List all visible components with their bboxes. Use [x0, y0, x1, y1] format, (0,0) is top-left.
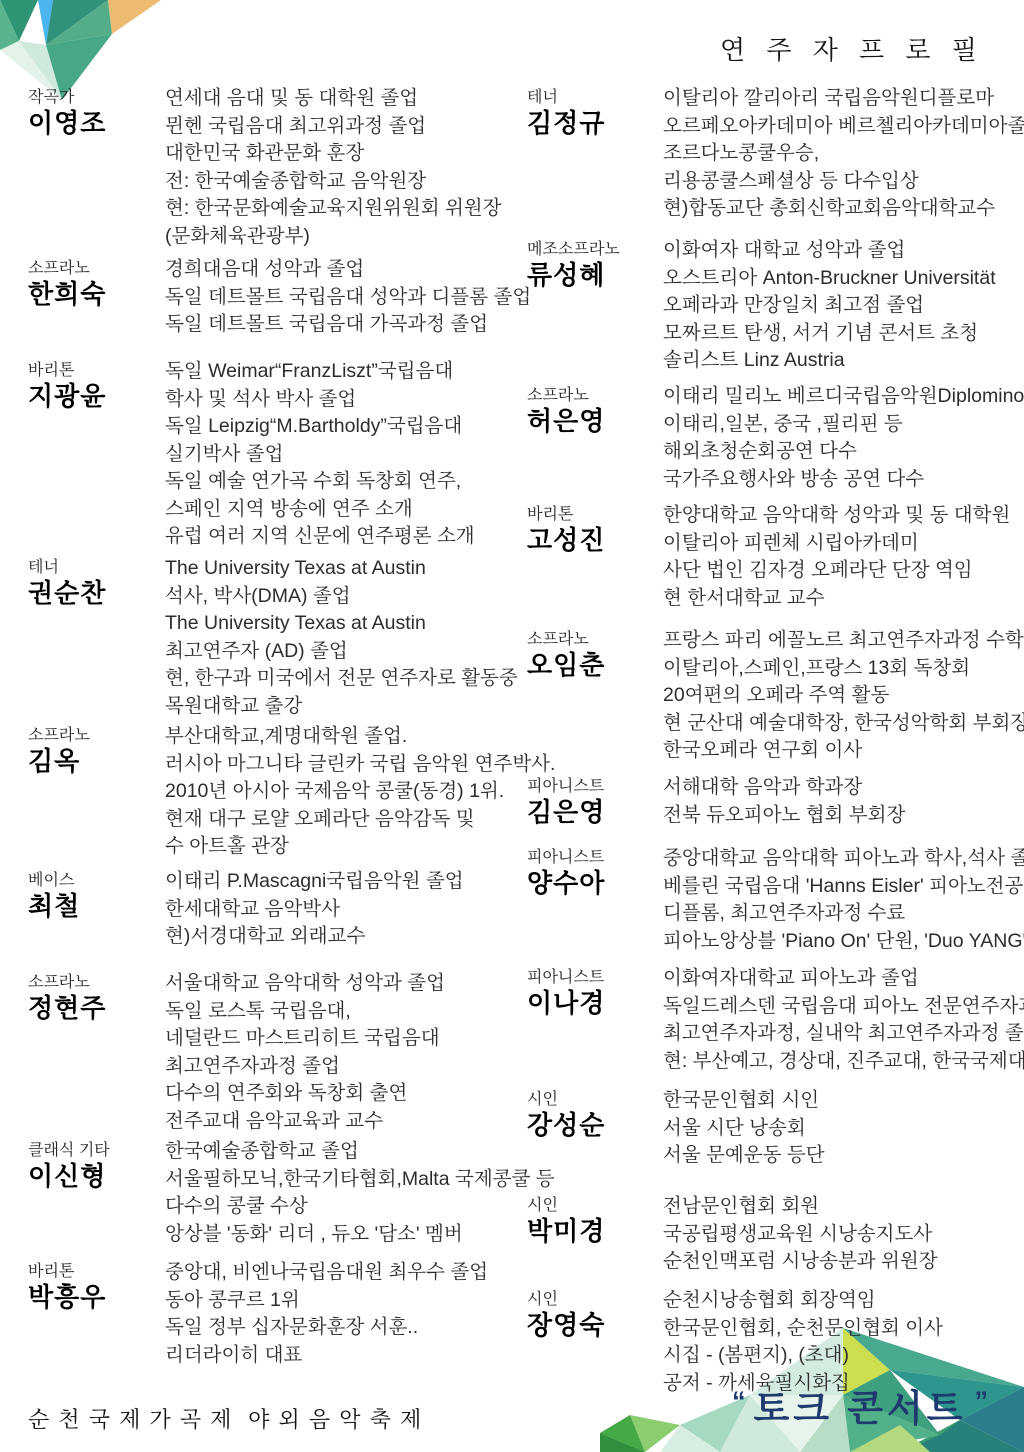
bio-line: 베를린 국립음대 'Hanns Eisler' 피아노전공 [663, 873, 1024, 901]
bio-line: 네덜란드 마스트리히트 국립음대 [165, 1025, 510, 1053]
performer-id: 바리톤박흥우 [28, 1262, 165, 1369]
profile-entry-right-6: 피아니스트양수아중앙대학교 음악대학 피아노과 학사,석사 졸업베를린 국립음대… [527, 848, 1018, 955]
profile-entry-left-4: 소프라노김옥부산대학교,계명대학원 졸업.러시아 마그니타 글린카 국립 음악원… [28, 726, 510, 861]
bio-line: 석사, 박사(DMA) 졸업 [165, 583, 518, 611]
bio-line: The University Texas at Austin [165, 555, 518, 583]
bio-line: 독일 Weimar“FranzLiszt”국립음대 [165, 358, 510, 386]
bio-line: 이탈리아 깔리아리 국립음악원디플로마 [663, 85, 1024, 113]
bio-line: 뮌헨 국립음대 최고위과정 졸업 [165, 113, 510, 141]
bio-line: 현 한서대학교 교수 [663, 585, 1018, 613]
performer-bio: 전남문인협회 회원국공립평생교육원 시낭송지도사순천인맥포럼 시낭송분과 위원장 [663, 1193, 1018, 1276]
profile-entry-right-3: 바리톤고성진한양대학교 음악대학 성악과 및 동 대학원이탈리아 피렌체 시립아… [527, 505, 1018, 612]
performer-bio: 중앙대, 비엔나국립음대원 최우수 졸업동아 콩쿠르 1위독일 정부 십자문화훈… [165, 1259, 510, 1369]
bio-line: 조르다노콩쿨우승, [663, 140, 1024, 168]
profile-entry-left-1: 소프라노한희숙경희대음대 성악과 졸업독일 데트몰트 국립음대 성악과 디플롬 … [28, 259, 510, 339]
bio-line: 독일 데트몰트 국립음대 가곡과정 졸업 [165, 311, 531, 339]
performer-role: 소프라노 [28, 726, 165, 745]
performer-bio: 한국예술종합학교 졸업서울필하모닉,한국기타협회,Malta 국제콩쿨 등다수의… [165, 1138, 555, 1248]
bio-line: 이화여자대학교 피아노과 졸업 [663, 965, 1024, 993]
performer-id: 소프라노한희숙 [28, 259, 165, 339]
performer-name: 오임춘 [527, 650, 663, 680]
bio-line: 솔리스트 Linz Austria [663, 347, 1018, 375]
bio-line: 이태리 밀리노 베르디국립음악원Diplomino [663, 383, 1024, 411]
profile-entry-right-1: 메조소프라노류성혜이화여자 대학교 성악과 졸업오스트리아 Anton-Bruc… [527, 240, 1018, 375]
performer-name: 박미경 [527, 1216, 663, 1246]
bio-line: 한국오페라 연구회 이사 [663, 737, 1024, 765]
bio-line: 독일 정부 십자문화훈장 서훈.. [165, 1314, 510, 1342]
bio-line: 이태리 P.Mascagni국립음악원 졸업 [165, 868, 510, 896]
performer-role: 소프라노 [527, 630, 663, 649]
performer-name: 허은영 [527, 406, 663, 436]
bio-line: 앙상블 '동화' 리더 , 듀오 '담소' 멤버 [165, 1221, 555, 1249]
performer-name: 정현주 [28, 993, 165, 1023]
performer-bio: 프랑스 파리 에꼴노르 최고연주자과정 수학이탈리아,스페인,프랑스 13회 독… [663, 627, 1024, 765]
bio-line: 현)서경대학교 외래교수 [165, 923, 510, 951]
performer-role: 바리톤 [28, 1262, 165, 1281]
performer-bio: 순천시낭송협회 회장역임한국문인협회, 순천문인협회 이사시집 - (봄편지),… [663, 1287, 1018, 1397]
performer-bio: 독일 Weimar“FranzLiszt”국립음대학사 및 석사 박사 졸업독일… [165, 358, 510, 551]
performer-id: 피아니스트이나경 [527, 968, 663, 1075]
page-title: 연 주 자 프 로 필 [720, 30, 984, 67]
bio-line: 현재 대구 로얄 오페라단 음악감독 및 [165, 806, 555, 834]
profile-entry-left-7: 클래식 기타이신형한국예술종합학교 졸업서울필하모닉,한국기타협회,Malta … [28, 1141, 510, 1248]
bio-line: 모짜르트 탄생, 서거 기념 콘서트 초청 [663, 320, 1018, 348]
profile-entry-left-8: 바리톤박흥우중앙대, 비엔나국립음대원 최우수 졸업동아 콩쿠르 1위독일 정부… [28, 1262, 510, 1369]
bio-line: 다수의 연주회와 독창회 출연 [165, 1080, 510, 1108]
performer-bio: 부산대학교,계명대학원 졸업.러시아 마그니타 글린카 국립 음악원 연주박사.… [165, 723, 555, 861]
bio-line: 한세대학교 음악박사 [165, 896, 510, 924]
bio-line: 독일드레스덴 국립음대 피아노 전문연주자과정, [663, 993, 1024, 1021]
bio-line: 학사 및 석사 박사 졸업 [165, 386, 510, 414]
festival-title: 순 천 국 제 가 곡 제 야 외 음 악 축 제 [28, 1403, 423, 1434]
bio-line: 오페라과 만장일치 최고점 졸업 [663, 292, 1018, 320]
performer-id: 소프라노김옥 [28, 726, 165, 861]
bio-line: 전: 한국예술종합학교 음악원장 [165, 168, 510, 196]
bio-line: 이탈리아,스페인,프랑스 13회 독창회 [663, 655, 1024, 683]
bio-line: 순천시낭송협회 회장역임 [663, 1287, 1018, 1315]
talk-concert-text: 토크 콘서트 [754, 1388, 967, 1430]
performer-role: 베이스 [28, 871, 165, 890]
performer-id: 피아니스트양수아 [527, 848, 663, 955]
bio-line: 실기박사 졸업 [165, 441, 510, 469]
bio-line: 20여편의 오페라 주역 활동 [663, 682, 1024, 710]
performer-name: 김정규 [527, 108, 663, 138]
performer-name: 권순찬 [28, 578, 165, 608]
bio-line: 이화여자 대학교 성악과 졸업 [663, 237, 1018, 265]
bio-line: 서해대학 음악과 학과장 [663, 774, 1018, 802]
bio-line: 수 아트홀 관장 [165, 833, 555, 861]
bio-line: 스페인 지역 방송에 연주 소개 [165, 496, 510, 524]
profile-entry-right-2: 소프라노허은영이태리 밀리노 베르디국립음악원Diplomino이태리,일본, … [527, 386, 1018, 493]
bio-line: 오스트리아 Anton-Bruckner Universität [663, 265, 1018, 293]
performer-bio: 이태리 밀리노 베르디국립음악원Diplomino이태리,일본, 중국 ,필리핀… [663, 383, 1024, 493]
bio-line: 중앙대학교 음악대학 피아노과 학사,석사 졸업 [663, 845, 1024, 873]
bio-line: 피아노앙상블 'Piano On' 단원, 'Duo YANG' 대표 [663, 928, 1024, 956]
performer-id: 시인장영숙 [527, 1290, 663, 1397]
bio-line: 연세대 음대 및 동 대학원 졸업 [165, 85, 510, 113]
bio-line: 한국문인협회 시인 [663, 1087, 1018, 1115]
bio-line: 리용콩쿨스페셜상 등 다수입상 [663, 168, 1024, 196]
performer-role: 소프라노 [28, 259, 165, 278]
bio-line: 대한민국 화관문화 훈장 [165, 140, 510, 168]
performer-id: 클래식 기타이신형 [28, 1141, 165, 1248]
performer-role: 피아니스트 [527, 777, 663, 796]
performer-bio: 이탈리아 깔리아리 국립음악원디플로마오르페오아카데미아 베르첼리아카데미아졸업… [663, 85, 1024, 223]
talk-concert-title: “ 토크 콘서트 ” [732, 1388, 988, 1430]
bio-line: 리더라이히 대표 [165, 1342, 510, 1370]
performer-bio: 한양대학교 음악대학 성악과 및 동 대학원이탈리아 피렌체 시립아카데미사단 … [663, 502, 1018, 612]
bio-line: 전남문인협회 회원 [663, 1193, 1018, 1221]
bio-line: 독일 데트몰트 국립음대 성악과 디플롬 졸업 [165, 284, 531, 312]
bio-line: 현: 한국문화예술교육지원위원회 위원장 [165, 195, 510, 223]
bio-line: The University Texas at Austin [165, 610, 518, 638]
bio-line: 독일 Leipzig“M.Bartholdy”국립음대 [165, 413, 510, 441]
bio-line: 최고연주자과정, 실내악 최고연주자과정 졸업 [663, 1020, 1024, 1048]
profile-entry-right-7: 피아니스트이나경이화여자대학교 피아노과 졸업독일드레스덴 국립음대 피아노 전… [527, 968, 1018, 1075]
performer-role: 클래식 기타 [28, 1141, 165, 1160]
bio-line: 전주교대 음악교육과 교수 [165, 1108, 510, 1136]
performer-name: 양수아 [527, 868, 663, 898]
performer-name: 장영숙 [527, 1310, 663, 1340]
bio-line: 프랑스 파리 에꼴노르 최고연주자과정 수학 [663, 627, 1024, 655]
performer-name: 김은영 [527, 797, 663, 827]
performer-bio: 서해대학 음악과 학과장전북 듀오피아노 협회 부회장 [663, 774, 1018, 829]
performer-name: 이신형 [28, 1161, 165, 1191]
bio-line: 유럽 여러 지역 신문에 연주평론 소개 [165, 523, 510, 551]
bio-line: 서울필하모닉,한국기타협회,Malta 국제콩쿨 등 [165, 1166, 555, 1194]
profile-entry-left-6: 소프라노정현주서울대학교 음악대학 성악과 졸업독일 로스톡 국립음대,네덜란드… [28, 973, 510, 1135]
performer-bio: 이태리 P.Mascagni국립음악원 졸업한세대학교 음악박사현)서경대학교 … [165, 868, 510, 951]
bio-line: 오르페오아카데미아 베르첼리아카데미아졸업 [663, 113, 1024, 141]
bio-line: 부산대학교,계명대학원 졸업. [165, 723, 555, 751]
performer-name: 김옥 [28, 746, 165, 776]
bio-line: 동아 콩쿠르 1위 [165, 1287, 510, 1315]
performer-bio: 한국문인협회 시인서울 시단 낭송회서울 문예운동 등단 [663, 1087, 1018, 1170]
bio-line: 최고연주자과정 졸업 [165, 1053, 510, 1081]
performer-id: 메조소프라노류성혜 [527, 240, 663, 375]
bio-line: 한양대학교 음악대학 성악과 및 동 대학원 [663, 502, 1018, 530]
open-quote: “ [732, 1386, 746, 1416]
performer-name: 강성순 [527, 1110, 663, 1140]
performer-role: 시인 [527, 1290, 663, 1309]
bio-line: 서울 문예운동 등단 [663, 1142, 1018, 1170]
bio-line: 독일 로스톡 국립음대, [165, 998, 510, 1026]
bio-line: 중앙대, 비엔나국립음대원 최우수 졸업 [165, 1259, 510, 1287]
bio-line: 해외초청순회공연 다수 [663, 438, 1024, 466]
profile-entry-left-3: 테너권순찬The University Texas at Austin석사, 박… [28, 558, 510, 720]
performer-role: 시인 [527, 1196, 663, 1215]
performer-name: 한희숙 [28, 279, 165, 309]
bio-line: 순천인맥포럼 시낭송분과 위원장 [663, 1248, 1018, 1276]
performer-role: 바리톤 [527, 505, 663, 524]
bio-line: 현, 한구과 미국에서 전문 연주자로 활동중 [165, 665, 518, 693]
performer-role: 피아니스트 [527, 848, 663, 867]
bio-line: 현: 부산예고, 경상대, 진주교대, 한국국제대 출강 [663, 1048, 1024, 1076]
bio-line: 서울대학교 음악대학 성악과 졸업 [165, 970, 510, 998]
performer-role: 시인 [527, 1090, 663, 1109]
performer-bio: 연세대 음대 및 동 대학원 졸업뮌헨 국립음대 최고위과정 졸업대한민국 화관… [165, 85, 510, 250]
performer-role: 소프라노 [28, 973, 165, 992]
performer-bio: The University Texas at Austin석사, 박사(DMA… [165, 555, 518, 720]
profile-entry-right-4: 소프라노오임춘프랑스 파리 에꼴노르 최고연주자과정 수학이탈리아,스페인,프랑… [527, 630, 1018, 765]
performer-bio: 이화여자대학교 피아노과 졸업독일드레스덴 국립음대 피아노 전문연주자과정,최… [663, 965, 1024, 1075]
bio-line: 현 군산대 예술대학장, 한국성악학회 부회장, [663, 710, 1024, 738]
performer-id: 소프라노정현주 [28, 973, 165, 1135]
bio-line: 목원대학교 출강 [165, 693, 518, 721]
performer-id: 피아니스트김은영 [527, 777, 663, 829]
performer-id: 바리톤고성진 [527, 505, 663, 612]
profile-entry-right-10: 시인장영숙순천시낭송협회 회장역임한국문인협회, 순천문인협회 이사시집 - (… [527, 1290, 1018, 1397]
profile-entry-right-9: 시인박미경전남문인협회 회원국공립평생교육원 시낭송지도사순천인맥포럼 시낭송분… [527, 1196, 1018, 1276]
bio-line: 디플롬, 최고연주자과정 수료 [663, 900, 1024, 928]
close-quote: ” [975, 1386, 989, 1416]
performer-id: 베이스최철 [28, 871, 165, 951]
performer-bio: 중앙대학교 음악대학 피아노과 학사,석사 졸업베를린 국립음대 'Hanns … [663, 845, 1024, 955]
bio-line: 2010년 아시아 국제음악 콩쿨(동경) 1위. [165, 778, 555, 806]
bio-line: 사단 법인 김자경 오페라단 단장 역임 [663, 557, 1018, 585]
bio-line: 시집 - (봄편지), (초대) [663, 1342, 1018, 1370]
performer-bio: 서울대학교 음악대학 성악과 졸업독일 로스톡 국립음대,네덜란드 마스트리히트… [165, 970, 510, 1135]
performer-id: 작곡가이영조 [28, 88, 165, 250]
performer-name: 류성혜 [527, 260, 663, 290]
performer-role: 테너 [527, 88, 663, 107]
bio-line: 현)합동교단 총회신학교회음악대학교수 [663, 195, 1024, 223]
performer-id: 시인강성순 [527, 1090, 663, 1170]
bio-line: 국공립평생교육원 시낭송지도사 [663, 1221, 1018, 1249]
performer-name: 지광윤 [28, 381, 165, 411]
performer-bio: 이화여자 대학교 성악과 졸업오스트리아 Anton-Bruckner Univ… [663, 237, 1018, 375]
performer-bio: 경희대음대 성악과 졸업독일 데트몰트 국립음대 성악과 디플롬 졸업독일 데트… [165, 256, 531, 339]
performer-id: 테너김정규 [527, 88, 663, 223]
performer-id: 시인박미경 [527, 1196, 663, 1276]
performer-id: 소프라노허은영 [527, 386, 663, 493]
profile-entry-right-5: 피아니스트김은영서해대학 음악과 학과장전북 듀오피아노 협회 부회장 [527, 777, 1018, 829]
performer-id: 바리톤지광윤 [28, 361, 165, 551]
bio-line: 한국예술종합학교 졸업 [165, 1138, 555, 1166]
bio-line: 전북 듀오피아노 협회 부회장 [663, 802, 1018, 830]
bio-line: 한국문인협회, 순천문인협회 이사 [663, 1315, 1018, 1343]
bio-line: 경희대음대 성악과 졸업 [165, 256, 531, 284]
bio-line: 국가주요행사와 방송 공연 다수 [663, 466, 1024, 494]
bio-line: 다수의 콩쿨 수상 [165, 1193, 555, 1221]
bio-line: 러시아 마그니타 글린카 국립 음악원 연주박사. [165, 751, 555, 779]
performer-role: 피아니스트 [527, 968, 663, 987]
profile-entry-left-2: 바리톤지광윤독일 Weimar“FranzLiszt”국립음대학사 및 석사 박… [28, 361, 510, 551]
bio-line: (문화체육관광부) [165, 223, 510, 251]
profile-entry-right-8: 시인강성순한국문인협회 시인서울 시단 낭송회서울 문예운동 등단 [527, 1090, 1018, 1170]
bio-line: 서울 시단 낭송회 [663, 1115, 1018, 1143]
bio-line: 이태리,일본, 중국 ,필리핀 등 [663, 411, 1024, 439]
performer-role: 메조소프라노 [527, 240, 663, 259]
performer-role: 작곡가 [28, 88, 165, 107]
performer-name: 이나경 [527, 988, 663, 1018]
performer-role: 테너 [28, 558, 165, 577]
performer-id: 테너권순찬 [28, 558, 165, 720]
profile-entry-left-0: 작곡가이영조연세대 음대 및 동 대학원 졸업뮌헨 국립음대 최고위과정 졸업대… [28, 88, 510, 250]
performer-role: 소프라노 [527, 386, 663, 405]
performer-name: 이영조 [28, 108, 165, 138]
performer-id: 소프라노오임춘 [527, 630, 663, 765]
bio-line: 독일 예술 연가곡 수회 독창회 연주, [165, 468, 510, 496]
bio-line: 최고연주자 (AD) 졸업 [165, 638, 518, 666]
profile-entry-left-5: 베이스최철이태리 P.Mascagni국립음악원 졸업한세대학교 음악박사현)서… [28, 871, 510, 951]
performer-name: 고성진 [527, 525, 663, 555]
performer-role: 바리톤 [28, 361, 165, 380]
performer-name: 최철 [28, 891, 165, 921]
profile-entry-right-0: 테너김정규이탈리아 깔리아리 국립음악원디플로마오르페오아카데미아 베르첼리아카… [527, 88, 1018, 223]
bio-line: 이탈리아 피렌체 시립아카데미 [663, 530, 1018, 558]
performer-name: 박흥우 [28, 1282, 165, 1312]
